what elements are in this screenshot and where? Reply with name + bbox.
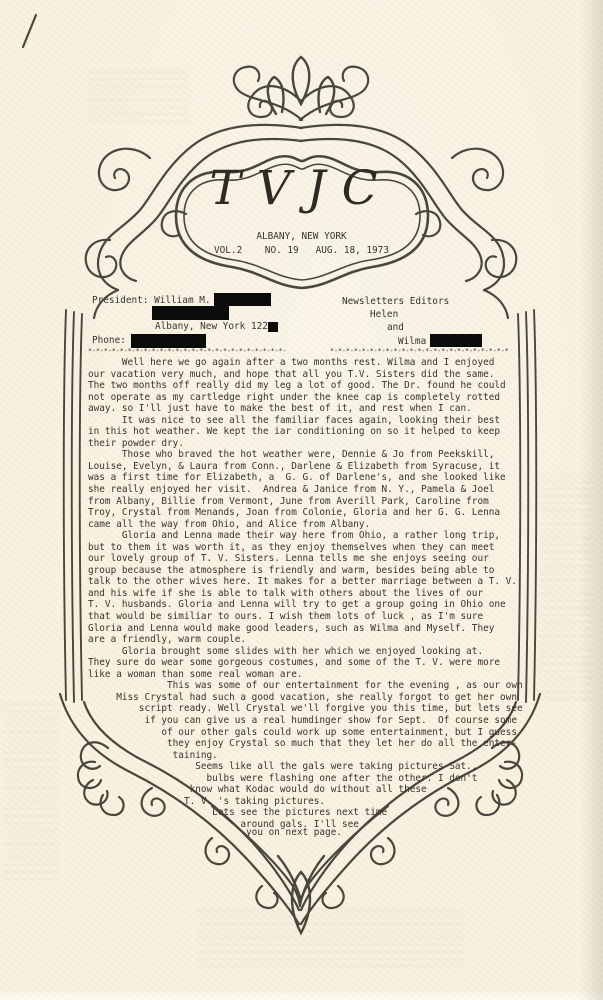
president-line: President: William M. bbox=[92, 295, 211, 307]
text-line: are a friendly, warm couple. bbox=[88, 634, 540, 646]
text-line: was a first time for Elizabeth, a G. G. … bbox=[88, 472, 540, 484]
text-line: script ready. Well Crystal we'll forgive… bbox=[88, 703, 540, 715]
text-line: from Albany, Billie from Vermont, June f… bbox=[88, 496, 540, 508]
text-line: Gloria brought some slides with her whic… bbox=[88, 646, 540, 658]
text-line: Gloria and Lenna made their way here fro… bbox=[88, 530, 540, 542]
redaction-zip-last-digit bbox=[268, 322, 278, 332]
redaction-address-street bbox=[152, 306, 229, 320]
editor-first-name: Helen bbox=[370, 309, 398, 321]
masthead-issue-line: VOL.2 NO. 19 AUG. 18, 1973 bbox=[0, 245, 603, 256]
text-line: bulbs were flashing one after the other.… bbox=[88, 773, 540, 785]
text-line: and his wife if she is able to talk with… bbox=[88, 588, 540, 600]
newsletter-body: Well here we go again after a two months… bbox=[88, 357, 540, 839]
text-line: she really enjoyed her visit. Andrea & J… bbox=[88, 484, 540, 496]
text-line: Lets see the pictures next time bbox=[88, 807, 540, 819]
text-line: Those who braved the hot weather were, D… bbox=[88, 449, 540, 461]
text-line: not operate as my cartledge right under … bbox=[88, 392, 540, 404]
text-line: know what Kodac would do without all the… bbox=[88, 784, 540, 796]
text-line: talk to the other wives here. It makes f… bbox=[88, 576, 540, 588]
text-line: you on next page. bbox=[88, 827, 540, 839]
text-line: Seems like all the gals were taking pict… bbox=[88, 761, 540, 773]
editor-second-name: Wilma bbox=[398, 336, 426, 348]
editors-title: Newsletters Editors bbox=[342, 296, 449, 308]
text-line: if you can give us a real humdinger show… bbox=[88, 715, 540, 727]
text-line: away. so I'll just have to make the best… bbox=[88, 403, 540, 415]
text-line: group because the atmosphere is friendly… bbox=[88, 565, 540, 577]
phone-label: Phone: bbox=[92, 335, 126, 347]
pen-slash-mark bbox=[23, 15, 36, 47]
text-line: but to them it was worth it, as they enj… bbox=[88, 542, 540, 554]
text-line: Troy, Crystal from Menands, Joan from Co… bbox=[88, 507, 540, 519]
text-line: that would be similiar to ours. I wish t… bbox=[88, 611, 540, 623]
text-line: T. V. 's taking pictures. bbox=[88, 796, 540, 808]
text-line: The two months off really did my leg a l… bbox=[88, 380, 540, 392]
text-line: our lovely group of T. V. Sisters. Lenna… bbox=[88, 553, 540, 565]
typed-divider-right: *-*-*-*-*-*-*-*-*-*-*-*-*-*-*-*-*-*-*-*-… bbox=[330, 347, 508, 356]
text-line: Gloria and Lenna would make good leaders… bbox=[88, 623, 540, 635]
text-line: like a woman than some real woman are. bbox=[88, 669, 540, 681]
text-line: T. V. husbands. Gloria and Lenna will tr… bbox=[88, 599, 540, 611]
text-line: in this hot weather. We kept the iar con… bbox=[88, 426, 540, 438]
editors-conjunction: and bbox=[387, 322, 404, 334]
text-line: Louise, Evelyn, & Laura from Conn., Darl… bbox=[88, 461, 540, 473]
page-scan: TVJC ALBANY, NEW YORK VOL.2 NO. 19 AUG. … bbox=[0, 0, 603, 1000]
text-line: It was nice to see all the familiar face… bbox=[88, 415, 540, 427]
text-line: taining. bbox=[88, 750, 540, 762]
redaction-editor-surname bbox=[430, 334, 482, 347]
masthead-title: TVJC bbox=[0, 163, 603, 215]
text-line: Well here we go again after a two months… bbox=[88, 357, 540, 369]
text-line: They sure do wear some gorgeous costumes… bbox=[88, 657, 540, 669]
text-line: of our other gals could work up some ent… bbox=[88, 727, 540, 739]
masthead-location: ALBANY, NEW YORK bbox=[0, 231, 603, 242]
text-line: our vacation very much, and hope that al… bbox=[88, 369, 540, 381]
text-line: their powder dry. bbox=[88, 438, 540, 450]
text-line: This was some of our entertainment for t… bbox=[88, 680, 540, 692]
redaction-phone-number bbox=[131, 334, 206, 348]
text-line: came all the way from Ohio, and Alice fr… bbox=[88, 519, 540, 531]
typed-divider-left: *-*-*-*-*-*-*-*-*-*-*-*-*-*-*-*-*-*-*-*-… bbox=[88, 347, 292, 356]
text-line: Miss Crystal had such a good vacation, s… bbox=[88, 692, 540, 704]
text-line: they enjoy Crystal so much that they let… bbox=[88, 738, 540, 750]
redaction-president-surname bbox=[214, 293, 271, 306]
address-city-line: Albany, New York 1220 bbox=[155, 321, 274, 333]
